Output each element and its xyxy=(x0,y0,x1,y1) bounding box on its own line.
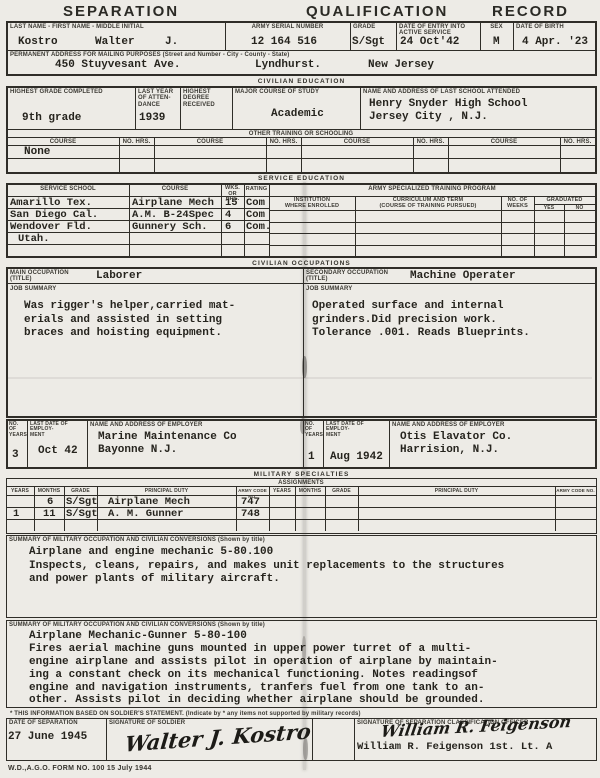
astp-weeks-col: NO. OF WEEKS xyxy=(502,197,534,210)
last-date-value: Aug 1942 xyxy=(330,451,383,463)
grade-col: GRADE xyxy=(326,487,358,494)
employer-name-value: Marine Maintenance Co Bayonne N.J. xyxy=(98,431,303,457)
service-row: Utah. xyxy=(8,233,269,245)
assignment-duty: A. M. Gunner xyxy=(108,508,184,520)
other-training-row: None xyxy=(8,146,595,159)
grade-label: GRADE xyxy=(351,23,396,30)
crease-mark xyxy=(303,738,308,760)
vertical-fold-crease xyxy=(303,182,306,770)
major-value: Academic xyxy=(271,108,324,120)
service-school-col: SERVICE SCHOOL xyxy=(8,185,129,192)
form-title-qualification: QUALIFICATION xyxy=(306,3,448,20)
assignment-code: 747 xyxy=(241,496,260,508)
major-label: MAJOR COURSE OF STUDY xyxy=(233,88,360,95)
horizontal-fold-crease xyxy=(8,377,592,379)
signature-gap-cell xyxy=(313,719,355,760)
assignment-duty: Airplane Mech xyxy=(108,496,190,508)
years-employed-label: NO. OF YEARS xyxy=(8,421,27,438)
last-year-label: LAST YEAR OF ATTEN- DANCE xyxy=(136,88,180,108)
sex-label: SEX xyxy=(481,23,513,30)
other-training-course-value: None xyxy=(24,146,50,158)
other-training-title: OTHER TRAINING OR SCHOOLING xyxy=(8,130,595,138)
school-cell: NAME AND ADDRESS OF LAST SCHOOL ATTENDED… xyxy=(361,88,595,129)
soldier-statement-footnote: * THIS INFORMATION BASED ON SOLDIER'S ST… xyxy=(8,710,362,717)
assignments-box: ASSIGNMENTS YEARS MONTHS GRADE PRINCIPAL… xyxy=(6,478,597,534)
assignments-title: ASSIGNMENTS xyxy=(7,479,596,487)
service-rating-col: RATING xyxy=(245,185,269,192)
officer-signature-cell: SIGNATURE OF SEPARATION CLASSIFICATION O… xyxy=(355,719,596,760)
civilian-education-box: HIGHEST GRADE COMPLETED 9th grade LAST Y… xyxy=(6,86,597,174)
officer-typed-name: William R. Feigenson 1st. Lt. A xyxy=(357,741,552,753)
last-date-label: LAST DATE OF EMPLOY- MENT xyxy=(324,421,389,438)
crease-mark xyxy=(302,636,306,662)
duty-col: PRINCIPAL DUTY xyxy=(98,487,236,494)
grade-value: S/Sgt xyxy=(352,36,385,48)
sex-cell: SEX M xyxy=(481,23,514,50)
assignment-grade: S/Sgt xyxy=(66,496,98,508)
separation-qualification-record-form: SEPARATION QUALIFICATION RECORD LAST NAM… xyxy=(6,0,598,778)
main-occupation-label: MAIN OCCUPATION (TITLE) xyxy=(8,269,303,283)
months-col: MONTHS xyxy=(296,487,325,494)
months-col: MONTHS xyxy=(35,487,64,494)
section-civilian-occupations: CIVILIAN OCCUPATIONS xyxy=(6,260,597,267)
grade-cell: GRADE S/Sgt xyxy=(351,23,397,50)
separation-date-value: 27 June 1945 xyxy=(8,731,87,743)
address-state: New Jersey xyxy=(368,59,434,71)
years-col: YEARS xyxy=(270,487,295,494)
code-col: ARMY CODE NO. xyxy=(556,487,596,494)
years-employed-value: 3 xyxy=(12,449,19,461)
address-cell: PERMANENT ADDRESS FOR MAILING PURPOSES (… xyxy=(8,51,595,74)
school-value: Henry Snyder High School Jersey City , N… xyxy=(369,98,595,124)
last-year-cell: LAST YEAR OF ATTEN- DANCE 1939 xyxy=(136,88,181,129)
first-name-value: Walter xyxy=(95,36,135,48)
crease-mark xyxy=(300,418,306,434)
name-cell: LAST NAME - FIRST NAME - MIDDLE INITIAL … xyxy=(8,23,226,50)
hours-col-label: NO. HRS. xyxy=(414,138,448,146)
astp-graduated-label: GRADUATED xyxy=(535,197,595,205)
form-number-footer: W.D.,A.G.O. FORM NO. 100 15 July 1944 xyxy=(8,765,152,772)
section-military-specialties: MILITARY SPECIALTIES xyxy=(6,471,597,478)
degree-cell: HIGHEST DEGREE RECEIVED xyxy=(181,88,233,129)
address-street: 450 Stuyvesant Ave. xyxy=(55,59,180,71)
main-occupation-value: Laborer xyxy=(96,270,142,282)
service-wks-value: 6 xyxy=(225,221,231,233)
service-row: Wendover Fld. Gunnery Sch. 6 Com. xyxy=(8,221,269,233)
employer-name-label: NAME AND ADDRESS OF EMPLOYER xyxy=(88,421,303,428)
hours-col-label: NO. HRS. xyxy=(120,138,154,146)
form-title-record: RECORD xyxy=(492,3,569,20)
birth-date-label: DATE OF BIRTH xyxy=(514,23,595,30)
secondary-occupation-value: Machine Operater xyxy=(410,270,516,282)
service-school-value: San Diego Cal. xyxy=(10,209,98,221)
officer-signature: William R. Feigenson xyxy=(380,712,573,741)
section-service-education: SERVICE EDUCATION xyxy=(6,175,597,182)
service-school-value: Wendover Fld. xyxy=(10,221,92,233)
astp-table: ARMY SPECIALIZED TRAINING PROGRAM INSTIT… xyxy=(270,185,595,256)
job-summary-label: JOB SUMMARY xyxy=(8,285,303,292)
assignment-grade: S/Sgt xyxy=(66,508,98,520)
highest-grade-label: HIGHEST GRADE COMPLETED xyxy=(8,88,135,95)
service-school-table: SERVICE SCHOOL COURSE WKS. OR HRS. RATIN… xyxy=(8,185,270,256)
employer-name-label: NAME AND ADDRESS OF EMPLOYER xyxy=(390,421,595,428)
job-summary-label: JOB SUMMARY xyxy=(304,285,595,292)
service-course-value: Gunnery Sch. xyxy=(132,221,208,233)
astp-curriculum-col: CURRICULUM AND TERM (COURSE OF TRAINING … xyxy=(356,197,501,210)
serial-label: ARMY SERIAL NUMBER xyxy=(226,23,350,30)
summary-text: Airplane Mechanic-Gunner 5-80-100 Fires … xyxy=(29,630,596,707)
last-name-value: Kostro xyxy=(18,36,58,48)
hours-col-label: NO. HRS. xyxy=(267,138,301,146)
assignment-months: 6 xyxy=(47,496,53,508)
entry-date-cell: DATE OF ENTRY INTO ACTIVE SERVICE 24 Oct… xyxy=(397,23,481,50)
course-col-label: COURSE xyxy=(449,138,560,146)
summary-label: SUMMARY OF MILITARY OCCUPATION AND CIVIL… xyxy=(7,536,596,543)
civilian-occupations-box: MAIN OCCUPATION (TITLE) Laborer JOB SUMM… xyxy=(6,267,597,418)
form-title-separation: SEPARATION xyxy=(63,3,179,20)
name-label: LAST NAME - FIRST NAME - MIDDLE INITIAL xyxy=(8,23,225,30)
employer-name-value: Otis Elavator Co. Harrision, N.J. xyxy=(400,431,595,457)
service-row xyxy=(8,245,269,256)
service-course-value: Airplane Mech xyxy=(132,197,214,209)
assignment-row: 6 S/Sgt Airplane Mech 747 xyxy=(7,496,596,508)
last-date-value: Oct 42 xyxy=(38,445,78,457)
service-wks-value: 15 xyxy=(225,197,238,209)
service-school-value: Utah. xyxy=(18,233,50,245)
secondary-job-summary: Operated surface and internal grinders.D… xyxy=(312,300,593,341)
assignment-years: 1 xyxy=(13,508,19,520)
service-rating-value: Com xyxy=(246,197,265,209)
main-job-summary: Was rigger's helper,carried mat- erials … xyxy=(24,300,301,341)
birth-date-value: 4 Apr. '23 xyxy=(522,36,588,48)
course-col-label: COURSE xyxy=(302,138,413,146)
address-label: PERMANENT ADDRESS FOR MAILING PURPOSES (… xyxy=(8,51,595,58)
last-year-value: 1939 xyxy=(139,112,165,124)
separation-date-label: DATE OF SEPARATION xyxy=(7,719,106,726)
summary-label: SUMMARY OF MILITARY OCCUPATION AND CIVIL… xyxy=(7,621,596,628)
other-training-bar: OTHER TRAINING OR SCHOOLING xyxy=(8,130,595,138)
assignment-row: 1 11 S/Sgt A. M. Gunner 748 xyxy=(7,508,596,520)
duty-col: PRINCIPAL DUTY xyxy=(359,487,555,494)
assignment-row xyxy=(7,520,596,531)
serial-cell: ARMY SERIAL NUMBER 12 164 516 xyxy=(226,23,351,50)
secondary-occupation-half: SECONDARY OCCUPATION (TITLE) Machine Ope… xyxy=(304,269,595,416)
service-education-box: SERVICE SCHOOL COURSE WKS. OR HRS. RATIN… xyxy=(6,183,597,258)
school-label: NAME AND ADDRESS OF LAST SCHOOL ATTENDED xyxy=(361,88,595,95)
summary-box-1: SUMMARY OF MILITARY OCCUPATION AND CIVIL… xyxy=(6,535,597,618)
last-date-label: LAST DATE OF EMPLOY- MENT xyxy=(28,421,87,438)
highest-grade-value: 9th grade xyxy=(22,112,81,124)
service-course-col: COURSE xyxy=(130,185,221,192)
other-training-row xyxy=(8,159,595,172)
middle-initial-value: J. xyxy=(165,36,178,48)
astp-title: ARMY SPECIALIZED TRAINING PROGRAM xyxy=(270,185,595,192)
crease-mark xyxy=(302,356,307,378)
service-row: Amarillo Tex. Airplane Mech 15 Com xyxy=(8,197,269,209)
assignment-months: 11 xyxy=(43,508,56,520)
hours-col-label: NO. HRS. xyxy=(561,138,595,146)
summary-box-2: SUMMARY OF MILITARY OCCUPATION AND CIVIL… xyxy=(6,620,597,708)
address-city: Lyndhurst. xyxy=(255,59,321,71)
service-rating-value: Com. xyxy=(246,221,271,233)
separation-date-cell: DATE OF SEPARATION 27 June 1945 xyxy=(7,719,107,760)
employer-left: NO. OF YEARS 3 LAST DATE OF EMPLOY- MENT… xyxy=(8,421,304,467)
years-col: YEARS xyxy=(7,487,34,494)
years-employed-value: 1 xyxy=(308,451,315,463)
employer-right: NO. OF YEARS 1 LAST DATE OF EMPLOY- MENT… xyxy=(304,421,595,467)
signatures-box: DATE OF SEPARATION 27 June 1945 SIGNATUR… xyxy=(6,718,597,761)
highest-grade-cell: HIGHEST GRADE COMPLETED 9th grade xyxy=(8,88,136,129)
entry-date-label: DATE OF ENTRY INTO ACTIVE SERVICE xyxy=(397,23,480,37)
service-course-value: A.M. B-24Spec xyxy=(132,209,214,221)
section-civilian-education: CIVILIAN EDUCATION xyxy=(6,78,597,85)
sex-value: M xyxy=(493,36,500,48)
service-rating-value: Com xyxy=(246,209,265,221)
serial-value: 12 164 516 xyxy=(251,36,317,48)
astp-graduated-col: GRADUATED YES NO xyxy=(535,197,595,210)
birth-date-cell: DATE OF BIRTH 4 Apr. '23 xyxy=(514,23,595,50)
personal-info-box: LAST NAME - FIRST NAME - MIDDLE INITIAL … xyxy=(6,21,597,76)
service-wks-value: 4 xyxy=(225,209,231,221)
course-col-label: COURSE xyxy=(155,138,266,146)
degree-label: HIGHEST DEGREE RECEIVED xyxy=(181,88,232,108)
assignments-header-row: YEARS MONTHS GRADE PRINCIPAL DUTY ARMY C… xyxy=(7,487,596,496)
main-occupation-half: MAIN OCCUPATION (TITLE) Laborer JOB SUMM… xyxy=(8,269,304,416)
years-employed-label: NO. OF YEARS xyxy=(304,421,323,438)
service-school-value: Amarillo Tex. xyxy=(10,197,92,209)
service-row: San Diego Cal. A.M. B-24Spec 4 Com xyxy=(8,209,269,221)
major-cell: MAJOR COURSE OF STUDY Academic xyxy=(233,88,361,129)
entry-date-value: 24 Oct'42 xyxy=(400,36,459,48)
grade-col: GRADE xyxy=(65,487,97,494)
soldier-signature-cell: SIGNATURE OF SOLDIER Walter J. Kostro xyxy=(107,719,313,760)
summary-text: Airplane and engine mechanic 5-80.100 In… xyxy=(29,546,596,586)
assignment-code: 748 xyxy=(241,508,260,520)
other-training-header-row: COURSE NO. HRS. COURSE NO. HRS. COURSE N… xyxy=(8,138,595,146)
astp-institution-col: INSTITUTION WHERE ENROLLED xyxy=(270,197,355,210)
course-col-label: COURSE xyxy=(8,138,119,146)
